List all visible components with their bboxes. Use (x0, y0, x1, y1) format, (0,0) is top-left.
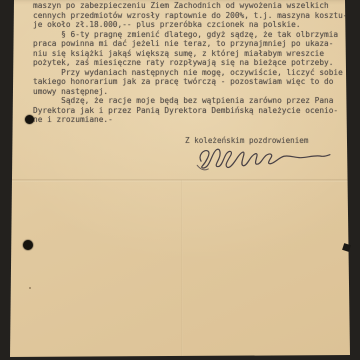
paper-sheet: maszyn po zabezpieczeniu Ziem Zachodnich… (0, 0, 360, 360)
letter-line: pożytek, zaś miesięczne raty rozpływają … (33, 58, 348, 68)
letter-line: maszyn po zabezpieczeniu Ziem Zachodnich… (33, 1, 348, 11)
letter-line: je około zł.18.000,-- plus przeróbka czc… (33, 20, 348, 30)
letter-line: Dyrektora jak i przez Panią Dyrektora De… (33, 106, 348, 116)
letter-line: Przy wydaniach następnych nie mogę, oczy… (33, 68, 348, 78)
letter-line: § 6-ty pragnę zmienić dlatego, gdyż sądz… (33, 30, 348, 40)
letter-line: praca powinna mi dać jeżeli nie teraz, t… (33, 39, 348, 49)
letter-line: ne i zrozumiane.- (33, 115, 348, 125)
letter-line: cennych przedmiotów wzrosły raptownie do… (33, 11, 348, 21)
vertical-fold-crease (181, 180, 183, 357)
horizontal-fold-crease (12, 179, 348, 182)
dust-speck (29, 287, 31, 289)
letter-line: umowy następnej. (33, 87, 348, 97)
letter-line: takiego honorarium jak za pracę twórczą … (33, 77, 348, 87)
letter-body: maszyn po zabezpieczeniu Ziem Zachodnich… (33, 1, 348, 125)
handwritten-signature-ink (190, 139, 335, 178)
letter-line: niu się książki jakąś większą sumę, z kt… (33, 49, 348, 59)
punch-hole-top (25, 115, 34, 124)
punch-hole-bottom (23, 240, 33, 250)
letter-line: Sądzę, że racje moje będą bez wątpienia … (33, 96, 348, 106)
scanned-letter-page: maszyn po zabezpieczeniu Ziem Zachodnich… (0, 0, 360, 360)
